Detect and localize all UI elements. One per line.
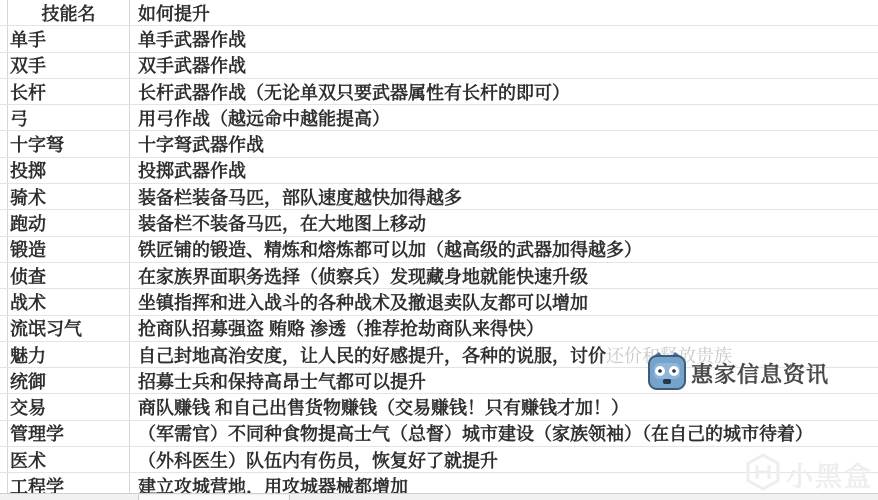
- row-gutter: [0, 158, 8, 183]
- skill-name: 单手: [10, 26, 46, 51]
- how-to-improve-text: （军需官）不同种食物提高士气（总督）城市建设（家族领袖）（在自己的城市待着）: [138, 421, 813, 446]
- row-gutter: [0, 316, 8, 341]
- table-row: 长杆 长杆武器作战（无论单双只要武器属性有长杆的即可）: [0, 79, 878, 105]
- how-to-improve-text: 装备栏不装备马匹，在大地图上移动: [138, 210, 426, 235]
- how-cell[interactable]: 自己封地高治安度，让人民的好感提升，各种的说服，讨价还价和释放贵族: [130, 342, 878, 367]
- how-cell[interactable]: 铁匠铺的锻造、精炼和熔炼都可以加（越高级的武器加得越多）: [130, 237, 878, 262]
- row-gutter: [0, 289, 8, 314]
- how-cell[interactable]: 用弓作战（越远命中越能提高）: [130, 105, 878, 130]
- how-cell[interactable]: 招募士兵和保持高昂士气都可以提升: [130, 368, 878, 393]
- how-to-improve-text: 长杆武器作战（无论单双只要武器属性有长杆的即可）: [138, 79, 570, 104]
- how-cell[interactable]: 在家族界面职务选择（侦察兵）发现藏身地就能快速升级: [130, 263, 878, 288]
- how-to-improve-text: 在家族界面职务选择（侦察兵）发现藏身地就能快速升级: [138, 263, 588, 288]
- table-row: 统御 招募士兵和保持高昂士气都可以提升: [0, 368, 878, 394]
- row-gutter: [0, 131, 8, 156]
- skill-name: 跑动: [10, 210, 46, 235]
- skill-name: 锻造: [10, 237, 46, 262]
- row-gutter: [0, 447, 8, 472]
- row-gutter: [0, 263, 8, 288]
- how-to-improve-text: 自己封地高治安度，让人民的好感提升，各种的说服，讨价还价和释放贵族: [138, 342, 732, 367]
- how-to-improve-text: 装备栏装备马匹，部队速度越快加得越多: [138, 184, 462, 209]
- how-to-improve-text: 坐镇指挥和进入战斗的各种战术及撤退卖队友都可以增加: [138, 289, 588, 314]
- skill-name: 投掷: [10, 158, 46, 183]
- skill-cell[interactable]: 流氓习气: [8, 316, 130, 341]
- skill-cell[interactable]: 跑动: [8, 210, 130, 235]
- how-to-improve-text: 铁匠铺的锻造、精炼和熔炼都可以加（越高级的武器加得越多）: [138, 237, 642, 262]
- skill-cell[interactable]: 管理学: [8, 421, 130, 446]
- row-gutter: [0, 368, 8, 393]
- skill-name: 弓: [10, 105, 28, 130]
- sheet-tab-bar[interactable]: [0, 493, 878, 500]
- row-gutter: [0, 421, 8, 446]
- faint-covered-text: 还价和释放贵族: [606, 346, 732, 366]
- skill-name: 统御: [10, 368, 46, 393]
- skill-cell[interactable]: 医术: [8, 447, 130, 472]
- row-gutter: [0, 210, 8, 235]
- row-gutter: [0, 237, 8, 262]
- skill-cell[interactable]: 交易: [8, 394, 130, 419]
- skill-cell[interactable]: 弓: [8, 105, 130, 130]
- skill-cell[interactable]: 骑术: [8, 184, 130, 209]
- how-cell[interactable]: 装备栏装备马匹，部队速度越快加得越多: [130, 184, 878, 209]
- skill-name: 骑术: [10, 184, 46, 209]
- table-row: 弓 用弓作战（越远命中越能提高）: [0, 105, 878, 131]
- skill-cell[interactable]: 锻造: [8, 237, 130, 262]
- how-cell[interactable]: 投掷武器作战: [130, 158, 878, 183]
- how-cell[interactable]: （外科医生）队伍内有伤员，恢复好了就提升: [130, 447, 878, 472]
- table-row: 锻造 铁匠铺的锻造、精炼和熔炼都可以加（越高级的武器加得越多）: [0, 237, 878, 263]
- skill-cell[interactable]: 统御: [8, 368, 130, 393]
- skill-cell[interactable]: 双手: [8, 53, 130, 78]
- row-gutter: [0, 26, 8, 51]
- table-row: 单手 单手武器作战: [0, 26, 878, 52]
- how-cell[interactable]: 双手武器作战: [130, 53, 878, 78]
- how-cell[interactable]: 十字弩武器作战: [130, 131, 878, 156]
- spreadsheet: 技能名 如何提升 单手 单手武器作战 双手 双手武器作战: [0, 0, 878, 500]
- skill-name: 流氓习气: [10, 316, 82, 341]
- how-to-improve-text: 双手武器作战: [138, 53, 246, 78]
- row-gutter: [0, 79, 8, 104]
- table-row: 魅力 自己封地高治安度，让人民的好感提升，各种的说服，讨价还价和释放贵族: [0, 342, 878, 368]
- header-skill-label: 技能名: [42, 0, 96, 25]
- how-to-improve-text: 抢商队招募强盗 贿赂 渗透（推荐抢劫商队来得快）: [138, 316, 544, 341]
- row-gutter: [0, 184, 8, 209]
- skill-name: 魅力: [10, 342, 46, 367]
- skill-cell[interactable]: 魅力: [8, 342, 130, 367]
- skill-cell[interactable]: 长杆: [8, 79, 130, 104]
- how-cell[interactable]: 坐镇指挥和进入战斗的各种战术及撤退卖队友都可以增加: [130, 289, 878, 314]
- how-to-improve-text: 商队赚钱 和自己出售货物赚钱（交易赚钱！只有赚钱才加！）: [138, 394, 629, 419]
- how-to-improve-text: 用弓作战（越远命中越能提高）: [138, 105, 390, 130]
- table-row: 医术 （外科医生）队伍内有伤员，恢复好了就提升: [0, 447, 878, 473]
- how-cell[interactable]: （军需官）不同种食物提高士气（总督）城市建设（家族领袖）（在自己的城市待着）: [130, 421, 878, 446]
- how-cell[interactable]: 装备栏不装备马匹，在大地图上移动: [130, 210, 878, 235]
- skill-cell[interactable]: 投掷: [8, 158, 130, 183]
- skill-name: 十字弩: [10, 131, 64, 156]
- table-row: 跑动 装备栏不装备马匹，在大地图上移动: [0, 210, 878, 236]
- skill-name: 管理学: [10, 421, 64, 446]
- header-cell-how[interactable]: 如何提升: [130, 0, 878, 25]
- skill-name: 长杆: [10, 79, 46, 104]
- table-row: 管理学 （军需官）不同种食物提高士气（总督）城市建设（家族领袖）（在自己的城市待…: [0, 421, 878, 447]
- how-cell[interactable]: 单手武器作战: [130, 26, 878, 51]
- skill-cell[interactable]: 战术: [8, 289, 130, 314]
- row-gutter: [0, 53, 8, 78]
- table-row: 交易 商队赚钱 和自己出售货物赚钱（交易赚钱！只有赚钱才加！）: [0, 394, 878, 420]
- table-row: 侦查 在家族界面职务选择（侦察兵）发现藏身地就能快速升级: [0, 263, 878, 289]
- header-cell-skill[interactable]: 技能名: [8, 0, 130, 25]
- how-to-improve-text: 单手武器作战: [138, 26, 246, 51]
- skill-name: 交易: [10, 394, 46, 419]
- header-how-label: 如何提升: [138, 0, 210, 25]
- row-gutter: [0, 105, 8, 130]
- row-gutter: [0, 394, 8, 419]
- skill-cell[interactable]: 十字弩: [8, 131, 130, 156]
- table-row: 投掷 投掷武器作战: [0, 158, 878, 184]
- how-cell[interactable]: 抢商队招募强盗 贿赂 渗透（推荐抢劫商队来得快）: [130, 316, 878, 341]
- skill-name: 侦查: [10, 263, 46, 288]
- how-to-improve-text: （外科医生）队伍内有伤员，恢复好了就提升: [138, 447, 498, 472]
- how-to-improve-text: 投掷武器作战: [138, 158, 246, 183]
- how-cell[interactable]: 长杆武器作战（无论单双只要武器属性有长杆的即可）: [130, 79, 878, 104]
- skill-name: 医术: [10, 447, 46, 472]
- how-to-improve-text: 招募士兵和保持高昂士气都可以提升: [138, 368, 426, 393]
- table-row: 骑术 装备栏装备马匹，部队速度越快加得越多: [0, 184, 878, 210]
- table-row: 流氓习气 抢商队招募强盗 贿赂 渗透（推荐抢劫商队来得快）: [0, 316, 878, 342]
- skill-cell[interactable]: 侦查: [8, 263, 130, 288]
- row-gutter: [0, 0, 8, 25]
- sheet-tab[interactable]: [138, 495, 290, 500]
- table-row: 战术 坐镇指挥和进入战斗的各种战术及撤退卖队友都可以增加: [0, 289, 878, 315]
- how-to-improve-text: 十字弩武器作战: [138, 131, 264, 156]
- header-row: 技能名 如何提升: [0, 0, 878, 26]
- row-gutter: [0, 342, 8, 367]
- skill-name: 战术: [10, 289, 46, 314]
- table-row: 双手 双手武器作战: [0, 53, 878, 79]
- table-body: 单手 单手武器作战 双手 双手武器作战 长杆 长杆武器作战（无论单双只要武器属性…: [0, 26, 878, 499]
- skill-name: 双手: [10, 53, 46, 78]
- table-row: 十字弩 十字弩武器作战: [0, 131, 878, 157]
- skill-cell[interactable]: 单手: [8, 26, 130, 51]
- how-cell[interactable]: 商队赚钱 和自己出售货物赚钱（交易赚钱！只有赚钱才加！）: [130, 394, 878, 419]
